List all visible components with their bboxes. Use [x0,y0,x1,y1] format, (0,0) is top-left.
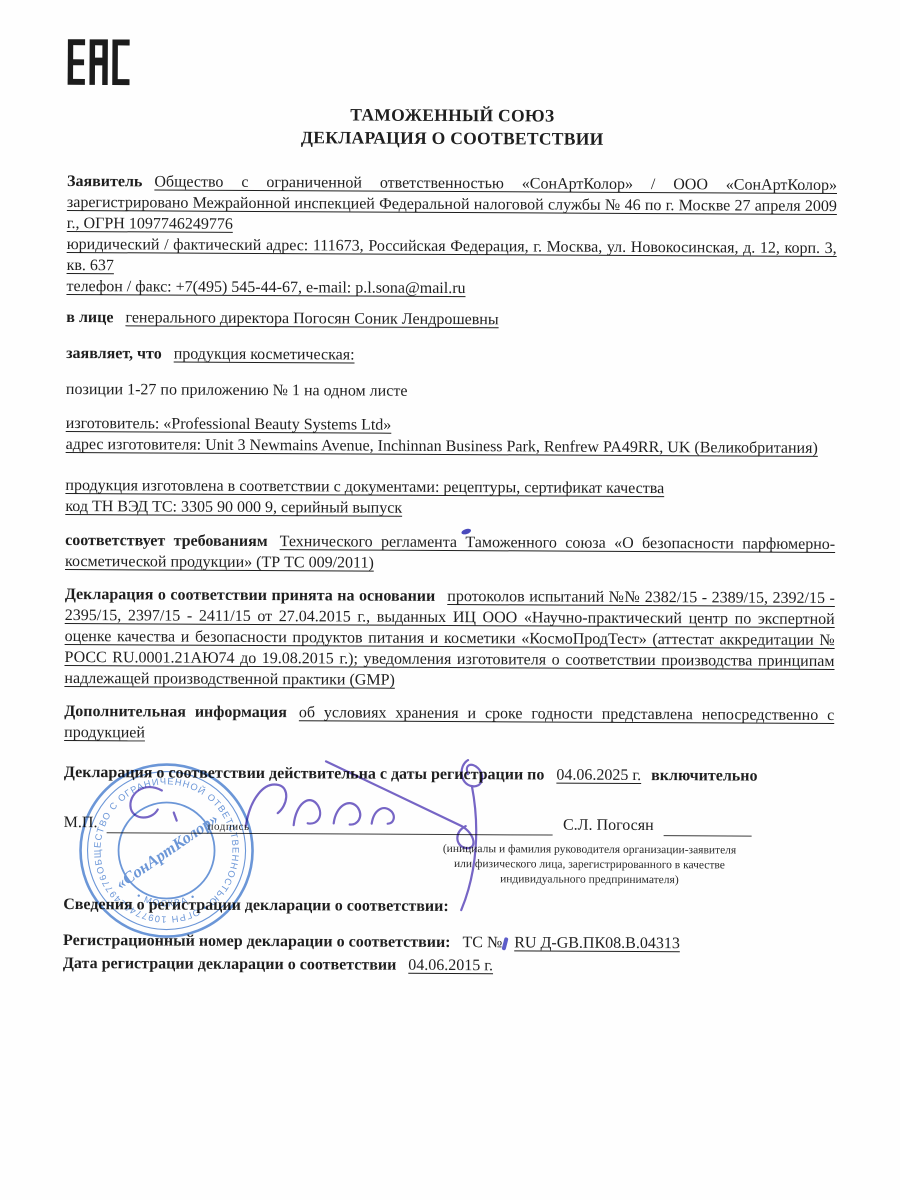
represented-by: в лицегенерального директора Погосян Сон… [66,307,836,332]
registration-number-prefix: ТС № [462,934,502,951]
eac-logo-icon [68,38,838,94]
registration-date-value: 04.06.2015 г. [408,957,493,974]
signer-line [664,810,752,836]
positions: позиции 1-27 по приложению № 1 на одном … [66,379,836,404]
registration-number-value: RU Д-GB.ПК08.В.04313 [514,934,680,952]
manufacturer-address: адрес изготовителя: Unit 3 Newmains Aven… [66,434,836,459]
tnved-code: код ТН ВЭД ТС: 3305 90 000 9, серийный в… [65,496,835,521]
declaration-basis: Декларация о соответствии принята на осн… [64,584,835,693]
scanned-declaration-document: ТАМОЖЕННЫЙ СОЮЗ ДЕКЛАРАЦИЯ О СООТВЕТСТВИ… [0,0,900,1200]
additional-info: Дополнительная информацияоб условиях хра… [64,701,834,747]
title-line-2: ДЕКЛАРАЦИЯ О СООТВЕТСТВИИ [67,124,837,151]
applicant-address: юридический / фактический адрес: 111673,… [67,234,837,280]
document-title: ТАМОЖЕННЫЙ СОЮЗ ДЕКЛАРАЦИЯ О СООТВЕТСТВИ… [67,102,837,151]
applicant-paragraph: ЗаявительОбщество с ограниченной ответст… [67,171,837,238]
applicant-value: Общество с ограниченной ответственностью… [67,173,837,232]
signature-caption: подпись [208,821,250,833]
applicant-label: Заявитель [67,173,142,190]
validity-date: 04.06.2025 г. [556,767,641,784]
signature-ink-icon [115,754,516,916]
applicant-phone: телефон / факс: +7(495) 545-44-67, e-mai… [66,276,836,301]
registration-date-line: Дата регистрации декларации о соответств… [63,952,833,979]
complies-with: соответствует требованиямТехнического ре… [65,530,835,576]
signer-name: С.Л. Погосян [553,815,664,837]
declares: заявляет, чтопродукция косметическая: [66,343,836,368]
